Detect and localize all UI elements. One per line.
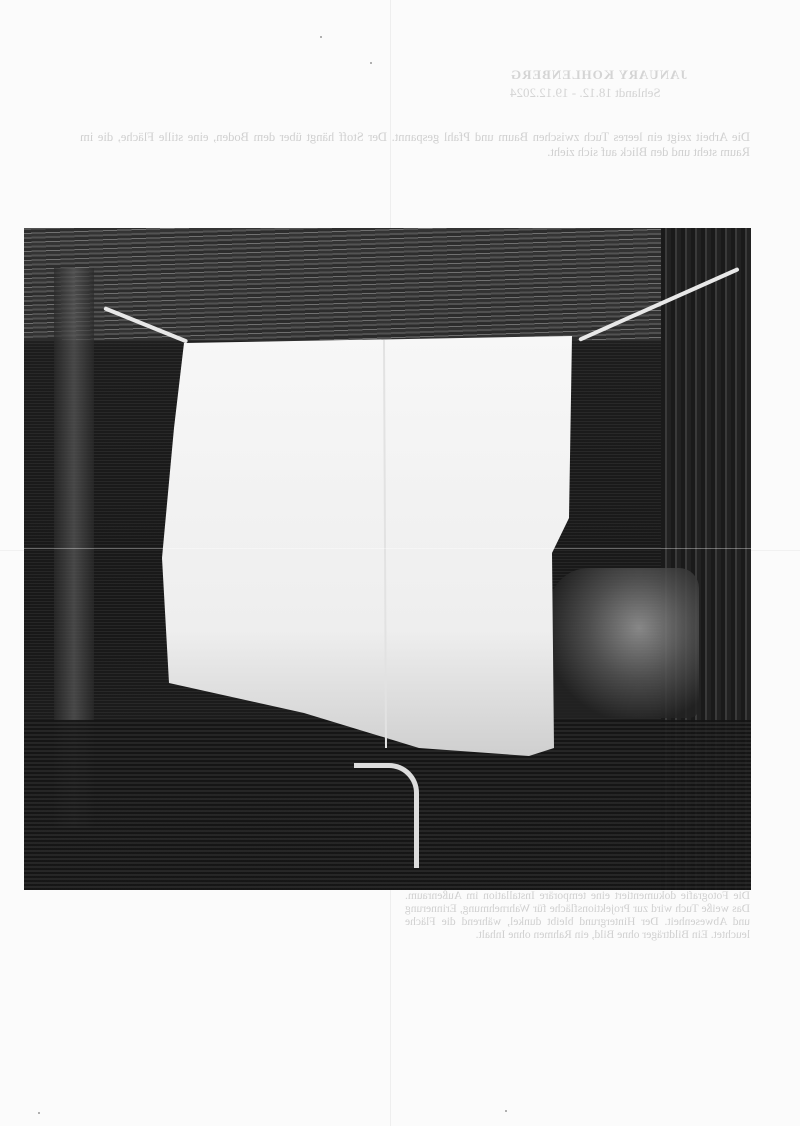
bleed-through-text-top: Die Arbeit zeigt ein leeres Tuch zwische… xyxy=(80,130,750,220)
speck xyxy=(320,36,322,38)
photograph xyxy=(24,228,751,890)
speck xyxy=(505,1110,507,1112)
document-header: JANUARY KOHLENBERG Sehlandt 18.12. - 19.… xyxy=(510,66,740,102)
photo-pipe xyxy=(354,763,419,868)
photo-crease xyxy=(24,548,751,549)
speck xyxy=(38,1112,40,1114)
bleed-through-text-bottom: Die Fotografie dokumentiert eine temporä… xyxy=(405,890,750,1060)
header-date: Sehlandt 18.12. - 19.12.2024 xyxy=(510,84,740,102)
header-title: JANUARY KOHLENBERG xyxy=(510,66,740,84)
speck xyxy=(370,62,372,64)
